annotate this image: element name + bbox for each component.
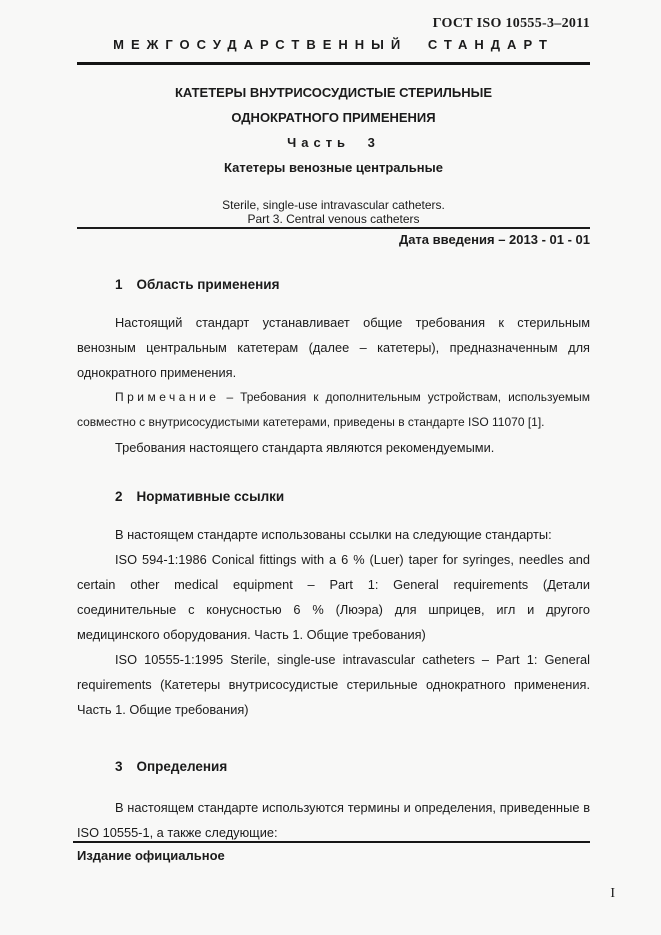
subtitle-en-line-2: Part 3. Central venous catheters [77, 212, 590, 226]
title-line-1: КАТЕТЕРЫ ВНУТРИСОСУДИСТЫЕ СТЕРИЛЬНЫЕ [77, 80, 590, 105]
document-page: ГОСТ ISO 10555-3–2011 МЕЖГОСУДАРСТВЕННЫЙ… [0, 0, 661, 935]
section-2-number: 2 [115, 489, 123, 504]
date-rule [77, 227, 590, 229]
section-2-paragraph-2: ISO 594-1:1986 Conical fittings with a 6… [77, 547, 590, 647]
subtitle-en-line-1: Sterile, single-use intravascular cathet… [77, 198, 590, 212]
official-edition-label: Издание официальное [77, 848, 225, 863]
section-3-heading: 3Определения [115, 759, 590, 775]
section-2-title: Нормативные ссылки [137, 489, 285, 504]
section-3-number: 3 [115, 759, 123, 774]
title-line-2: ОДНОКРАТНОГО ПРИМЕНЕНИЯ [77, 105, 590, 130]
section-3-paragraph-1: В настоящем стандарте используются терми… [77, 795, 590, 845]
subtitle-ru: Катетеры венозные центральные [77, 155, 590, 180]
part-label: Часть 3 [77, 130, 590, 155]
section-1-note: Примечание – Требования к дополнительным… [77, 385, 590, 435]
header-rule [77, 62, 590, 65]
page-number: I [610, 886, 615, 902]
title-block: КАТЕТЕРЫ ВНУТРИСОСУДИСТЫЕ СТЕРИЛЬНЫЕ ОДН… [77, 80, 590, 180]
effective-date: Дата введения – 2013 - 01 - 01 [77, 232, 590, 248]
note-label: Примечание [115, 390, 219, 404]
standard-type-label: МЕЖГОСУДАРСТВЕННЫЙ СТАНДАРТ [77, 37, 590, 53]
section-3-title: Определения [137, 759, 228, 774]
section-2-paragraph-3: ISO 10555-1:1995 Sterile, single-use int… [77, 647, 590, 722]
doc-code: ГОСТ ISO 10555-3–2011 [77, 16, 590, 32]
section-1-paragraph-2: Требования настоящего стандарта являются… [77, 435, 590, 460]
section-1-paragraph-1: Настоящий стандарт устанавливает общие т… [77, 310, 590, 385]
section-1-heading: 1Область применения [115, 277, 590, 293]
section-1-title: Область применения [137, 277, 280, 292]
section-2-heading: 2Нормативные ссылки [115, 489, 590, 505]
section-1-number: 1 [115, 277, 123, 292]
subtitle-en: Sterile, single-use intravascular cathet… [77, 198, 590, 226]
section-2-paragraph-1: В настоящем стандарте использованы ссылк… [77, 522, 590, 547]
footer-rule [73, 841, 590, 843]
